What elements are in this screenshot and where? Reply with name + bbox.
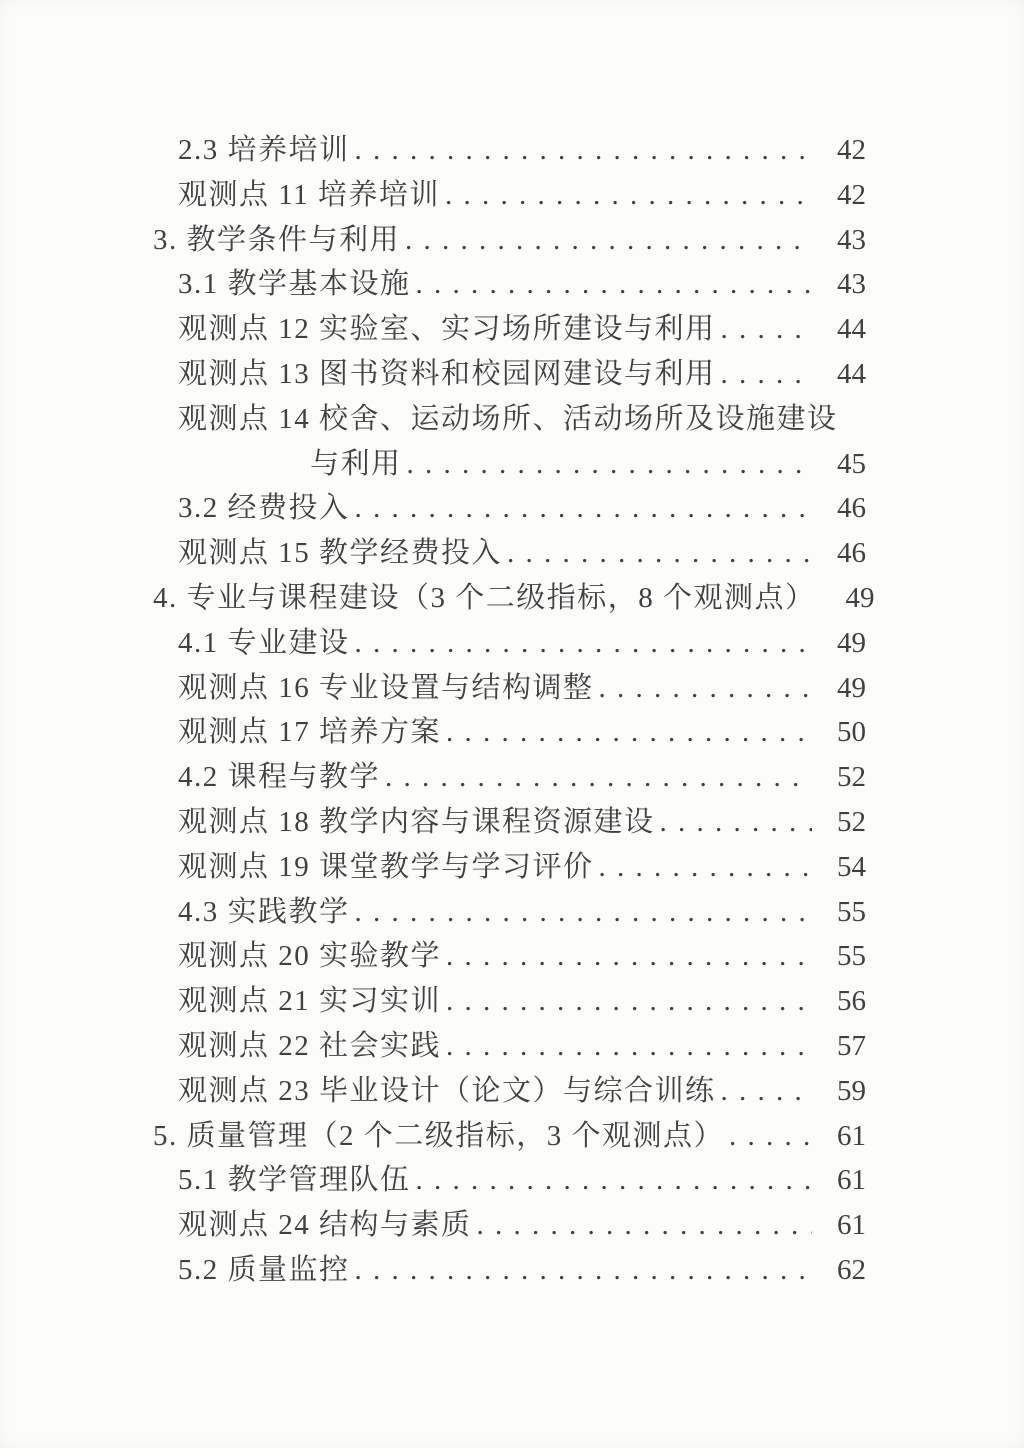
- toc-entry: 5.2 质量监控 . . . . . . . . . . . . . . . .…: [178, 1248, 866, 1293]
- toc-entry-title: 观测点 24 结构与素质: [178, 1203, 472, 1248]
- toc-entry: 观测点 18 教学内容与课程资源建设 . . . . . . . . . . .…: [178, 800, 866, 845]
- dot-leader: . . . . . . . . . . . . . . . . . . . . …: [405, 218, 812, 263]
- dot-leader: . . . . . . . . . . . . . . . . . . . . …: [416, 262, 812, 307]
- toc-entry-title: 观测点 18 教学内容与课程资源建设: [178, 800, 655, 845]
- toc-entry: 5. 质量管理（2 个二级指标，3 个观测点） . . . . . . . . …: [153, 1114, 866, 1159]
- toc-entry: 观测点 20 实验教学 . . . . . . . . . . . . . . …: [178, 934, 866, 979]
- dot-leader: . . . . . . . . . . . . . . . . . . . . …: [446, 710, 812, 755]
- toc-entry: 观测点 19 课堂教学与学习评价 . . . . . . . . . . . .…: [178, 845, 866, 890]
- toc-entry-title: 4.2 课程与教学: [178, 755, 380, 800]
- toc-entry-title: 5.1 教学管理队伍: [178, 1158, 411, 1203]
- dot-leader: . . . . . . . . . . . . . . . . . . . . …: [721, 307, 812, 352]
- toc-entry-title: 观测点 12 实验室、实习场所建设与利用: [178, 307, 716, 352]
- dot-leader: . . . . . . . . . . . . . . . . . . . . …: [721, 1069, 812, 1114]
- toc-entry: 3.1 教学基本设施 . . . . . . . . . . . . . . .…: [178, 262, 866, 307]
- toc-entry: 观测点 13 图书资料和校园网建设与利用 . . . . . . . . . .…: [178, 352, 866, 397]
- dot-leader: . . . . . . . . . . . . . . . . . . . . …: [355, 128, 812, 173]
- toc-entry-page-number: 61: [812, 1114, 866, 1159]
- dot-leader: . . . . . . . . . . . . . . . . . . . . …: [477, 1203, 812, 1248]
- dot-leader: . . . . . . . . . . . . . . . . . . . . …: [355, 1248, 812, 1293]
- dot-leader: . . . . . . . . . . . . . . . . . . . . …: [599, 845, 812, 890]
- toc-entry-page-number: 42: [812, 173, 866, 218]
- dot-leader: . . . . . . . . . . . . . . . . . . . . …: [729, 1114, 812, 1159]
- toc-entry-title: 3.2 经费投入: [178, 486, 350, 531]
- dot-leader: . . . . . . . . . . . . . . . . . . . . …: [355, 486, 812, 531]
- toc-entry-page-number: 42: [812, 128, 866, 173]
- toc-entry: 4.3 实践教学 . . . . . . . . . . . . . . . .…: [178, 890, 866, 935]
- toc-entry-page-number: 61: [812, 1158, 866, 1203]
- toc-entry-title: 观测点 22 社会实践: [178, 1024, 441, 1069]
- toc-entry-title: 观测点 11 培养培训: [178, 173, 440, 218]
- dot-leader: . . . . . . . . . . . . . . . . . . . . …: [416, 1158, 812, 1203]
- toc-entry-page-number: 56: [812, 979, 866, 1024]
- toc-entry-title: 3.1 教学基本设施: [178, 262, 411, 307]
- dot-leader: . . . . . . . . . . . . . . . . . . . . …: [355, 621, 812, 666]
- toc-entry: 观测点 12 实验室、实习场所建设与利用 . . . . . . . . . .…: [178, 307, 866, 352]
- toc-entry-title: 观测点 15 教学经费投入: [178, 531, 502, 576]
- toc-entry-title: 与利用: [310, 442, 402, 487]
- toc-entry: 4.1 专业建设 . . . . . . . . . . . . . . . .…: [178, 621, 866, 666]
- toc-entry: 观测点 21 实习实训 . . . . . . . . . . . . . . …: [178, 979, 866, 1024]
- table-of-contents: 2.3 培养培训 . . . . . . . . . . . . . . . .…: [0, 128, 866, 1293]
- toc-entry-page-number: 59: [812, 1069, 866, 1114]
- toc-entry: 4. 专业与课程建设（3 个二级指标，8 个观测点） . . . . . . .…: [153, 576, 866, 621]
- toc-entry-page-number: 62: [812, 1248, 866, 1293]
- toc-entry: 观测点 15 教学经费投入 . . . . . . . . . . . . . …: [178, 531, 866, 576]
- toc-entry-title: 5.2 质量监控: [178, 1248, 350, 1293]
- toc-entry-page-number: 49: [812, 621, 866, 666]
- toc-entry: 观测点 22 社会实践 . . . . . . . . . . . . . . …: [178, 1024, 866, 1069]
- toc-entry-page-number: 44: [812, 352, 866, 397]
- toc-entry-page-number: 54: [812, 845, 866, 890]
- toc-entry-title: 观测点 13 图书资料和校园网建设与利用: [178, 352, 716, 397]
- toc-entry: 与利用 . . . . . . . . . . . . . . . . . . …: [310, 442, 866, 487]
- toc-entry-title: 观测点 17 培养方案: [178, 710, 441, 755]
- toc-entry: 3. 教学条件与利用 . . . . . . . . . . . . . . .…: [153, 218, 866, 263]
- dot-leader: . . . . . . . . . . . . . . . . . . . . …: [446, 1024, 812, 1069]
- dot-leader: . . . . . . . . . . . . . . . . . . . . …: [445, 173, 812, 218]
- toc-entry-title: 2.3 培养培训: [178, 128, 350, 173]
- toc-entry-title: 观测点 14 校舍、运动场所、活动场所及设施建设: [178, 397, 838, 442]
- toc-entry-title: 观测点 21 实习实训: [178, 979, 441, 1024]
- toc-entry-page-number: 55: [812, 890, 866, 935]
- toc-entry-page-number: 49: [812, 666, 866, 711]
- dot-leader: . . . . . . . . . . . . . . . . . . . . …: [407, 442, 812, 487]
- dot-leader: . . . . . . . . . . . . . . . . . . . . …: [446, 979, 812, 1024]
- dot-leader: . . . . . . . . . . . . . . . . . . . . …: [507, 531, 812, 576]
- toc-entry-title: 5. 质量管理（2 个二级指标，3 个观测点）: [153, 1114, 724, 1159]
- toc-entry-page-number: 43: [812, 262, 866, 307]
- toc-entry-title: 观测点 19 课堂教学与学习评价: [178, 845, 594, 890]
- toc-entry-page-number: 50: [812, 710, 866, 755]
- toc-entry: 观测点 24 结构与素质 . . . . . . . . . . . . . .…: [178, 1203, 866, 1248]
- toc-entry: 3.2 经费投入 . . . . . . . . . . . . . . . .…: [178, 486, 866, 531]
- dot-leader: . . . . . . . . . . . . . . . . . . . . …: [446, 934, 812, 979]
- toc-entry: 观测点 23 毕业设计（论文）与综合训练 . . . . . . . . . .…: [178, 1069, 866, 1114]
- toc-entry: 观测点 16 专业设置与结构调整 . . . . . . . . . . . .…: [178, 666, 866, 711]
- toc-entry-title: 4.3 实践教学: [178, 890, 350, 935]
- toc-entry: 4.2 课程与教学 . . . . . . . . . . . . . . . …: [178, 755, 866, 800]
- toc-entry-page-number: 46: [812, 486, 866, 531]
- dot-leader: . . . . . . . . . . . . . . . . . . . . …: [660, 800, 812, 845]
- toc-entry-title: 4.1 专业建设: [178, 621, 350, 666]
- toc-entry-title: 4. 专业与课程建设（3 个二级指标，8 个观测点）: [153, 576, 816, 621]
- toc-entry-page-number: 57: [812, 1024, 866, 1069]
- dot-leader: . . . . . . . . . . . . . . . . . . . . …: [599, 666, 812, 711]
- toc-entry-page-number: 49: [821, 576, 875, 621]
- toc-entry-page-number: 52: [812, 800, 866, 845]
- dot-leader: . . . . . . . . . . . . . . . . . . . . …: [355, 890, 812, 935]
- toc-entry-title: 观测点 23 毕业设计（论文）与综合训练: [178, 1069, 716, 1114]
- toc-entry-page-number: 61: [812, 1203, 866, 1248]
- toc-entry-page-number: 46: [812, 531, 866, 576]
- toc-entry-page-number: 45: [812, 442, 866, 487]
- toc-entry-page-number: 55: [812, 934, 866, 979]
- document-page: 2.3 培养培训 . . . . . . . . . . . . . . . .…: [0, 0, 1024, 1448]
- toc-entry: 观测点 11 培养培训 . . . . . . . . . . . . . . …: [178, 173, 866, 218]
- toc-entry-page-number: 44: [812, 307, 866, 352]
- toc-entry-title: 观测点 16 专业设置与结构调整: [178, 666, 594, 711]
- dot-leader: . . . . . . . . . . . . . . . . . . . . …: [721, 352, 812, 397]
- toc-entry: 2.3 培养培训 . . . . . . . . . . . . . . . .…: [178, 128, 866, 173]
- toc-entry: 5.1 教学管理队伍 . . . . . . . . . . . . . . .…: [178, 1158, 866, 1203]
- toc-entry: 观测点 17 培养方案 . . . . . . . . . . . . . . …: [178, 710, 866, 755]
- toc-entry-title: 3. 教学条件与利用: [153, 218, 400, 263]
- dot-leader: . . . . . . . . . . . . . . . . . . . . …: [385, 755, 812, 800]
- toc-entry-title: 观测点 20 实验教学: [178, 934, 441, 979]
- toc-entry-page-number: 43: [812, 218, 866, 263]
- toc-entry-page-number: 52: [812, 755, 866, 800]
- toc-entry: 观测点 14 校舍、运动场所、活动场所及设施建设: [178, 397, 866, 442]
